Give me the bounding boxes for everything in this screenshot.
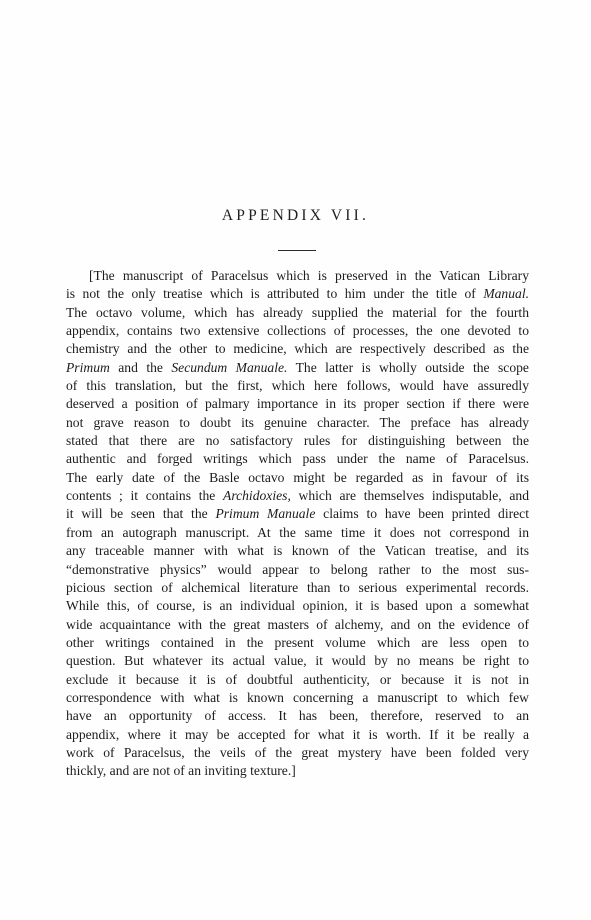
title-divider-rule (278, 250, 316, 251)
text-line-11: authentic and forged writings which pass… (66, 450, 529, 468)
appendix-paragraph: [The manuscript of Paracelsus which is p… (66, 267, 529, 781)
italic-term-manual: Manual. (483, 286, 529, 301)
text-line-27: work of Paracelsus, the veils of the gre… (66, 744, 529, 762)
text-line-26: appendix, where it may be accepted for w… (66, 726, 529, 744)
text-line-18: picious section of alchemical literature… (66, 579, 529, 597)
text-line-21: other writings contained in the present … (66, 634, 529, 652)
italic-term-archidoxies: Archidoxies, (223, 488, 291, 503)
text-line-3: The octavo volume, which has already sup… (66, 304, 529, 322)
text-line-8: deserved a position of palmary importanc… (66, 395, 529, 413)
text-run: is not the only treatise which is attrib… (66, 286, 483, 301)
book-page: APPENDIX VII. [The manuscript of Paracel… (0, 0, 591, 920)
text-line-1: [The manuscript of Paracelsus which is p… (66, 267, 529, 285)
text-line-24: correspondence with what is known concer… (66, 689, 529, 707)
text-line-12: The early date of the Basle octavo might… (66, 469, 529, 487)
text-line-10: stated that there are no satisfactory ru… (66, 432, 529, 450)
text-run: which are themselves indisputable, and (291, 488, 529, 503)
appendix-title: APPENDIX VII. (0, 207, 591, 225)
italic-term-primum-manuale: Primum Manuale (215, 506, 315, 521)
text-line-17: “demonstrative physics” would appear to … (66, 561, 529, 579)
text-run: and the (110, 360, 172, 375)
text-run: claims to have been printed direct (315, 506, 529, 521)
text-line-13: contents ; it contains the Archidoxies, … (66, 487, 529, 505)
text-line-4: appendix, contains two extensive collect… (66, 322, 529, 340)
text-line-7: of this translation, but the first, whic… (66, 377, 529, 395)
text-line-20: wide acquaintance with the great masters… (66, 616, 529, 634)
text-line-25: have an opportunity of access. It has be… (66, 707, 529, 725)
text-line-23: exclude it because it is of doubtful aut… (66, 671, 529, 689)
text-line-22: question. But whatever its actual value,… (66, 652, 529, 670)
italic-term-secundum-manuale: Secundum Manuale. (171, 360, 287, 375)
text-line-19: While this, of course, is an individual … (66, 597, 529, 615)
text-line-2: is not the only treatise which is attrib… (66, 285, 529, 303)
text-line-9: not grave reason to doubt its genuine ch… (66, 414, 529, 432)
text-line-14: it will be seen that the Primum Manuale … (66, 505, 529, 523)
text-line-16: any traceable manner with what is known … (66, 542, 529, 560)
text-run: The latter is wholly outside the scope (287, 360, 529, 375)
text-line-15: from an autograph manuscript. At the sam… (66, 524, 529, 542)
text-line-5: chemistry and the other to medicine, whi… (66, 340, 529, 358)
text-line-6: Primum and the Secundum Manuale. The lat… (66, 359, 529, 377)
text-run: contents ; it contains the (66, 488, 223, 503)
italic-term-primum: Primum (66, 360, 110, 375)
text-line-28: thickly, and are not of an inviting text… (66, 762, 529, 780)
text-run: it will be seen that the (66, 506, 215, 521)
